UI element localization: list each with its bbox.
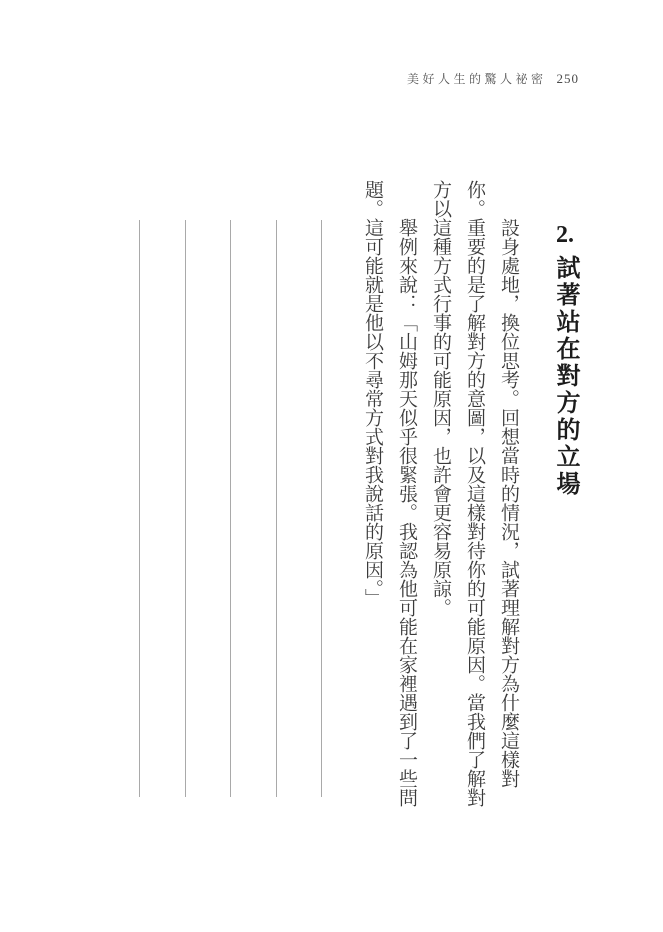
ruled-line xyxy=(321,220,322,797)
paragraph-2-line-1: 舉例來說：「山姆那天似乎很緊張。我認為他可能在家裡遇到了一些問 xyxy=(389,180,423,832)
section-heading-title: 試著站在對方的立場 xyxy=(552,255,578,498)
running-head: 美好人生的驚人祕密250 xyxy=(407,70,579,87)
paragraph-1-line-3: 方以這種方式行事的可能原因，也許會更容易原諒。 xyxy=(423,180,457,832)
running-head-book-title: 美好人生的驚人祕密 xyxy=(407,72,547,86)
ruled-line xyxy=(139,220,140,797)
paragraph-1-line-2: 你。重要的是了解對方的意圖，以及這樣對待你的可能原因。當我們了解對 xyxy=(457,180,491,832)
paragraph-1: 設身處地，換位思考。回想當時的情況，試著理解對方為什麼這樣對你。重要的是了解對方… xyxy=(423,180,525,832)
paragraph-2-line-2: 題。這可能就是他以不尋常方式對我說話的原因。」 xyxy=(355,180,389,832)
ruled-line xyxy=(276,220,277,797)
book-page: 美好人生的驚人祕密250 2.試著站在對方的立場 設身處地，換位思考。回想當時的… xyxy=(0,0,663,932)
blank-ruled-lines xyxy=(139,220,322,797)
vertical-text-block: 2.試著站在對方的立場 設身處地，換位思考。回想當時的情況，試著理解對方為什麼這… xyxy=(355,180,583,832)
section-heading: 2.試著站在對方的立場 xyxy=(547,180,583,832)
paragraph-2: 舉例來說：「山姆那天似乎很緊張。我認為他可能在家裡遇到了一些問題。這可能就是他以… xyxy=(355,180,423,832)
paragraph-1-line-1: 設身處地，換位思考。回想當時的情況，試著理解對方為什麼這樣對 xyxy=(491,180,525,832)
ruled-line xyxy=(185,220,186,797)
section-heading-number: 2. xyxy=(552,223,578,247)
page-number: 250 xyxy=(557,71,580,86)
ruled-line xyxy=(230,220,231,797)
